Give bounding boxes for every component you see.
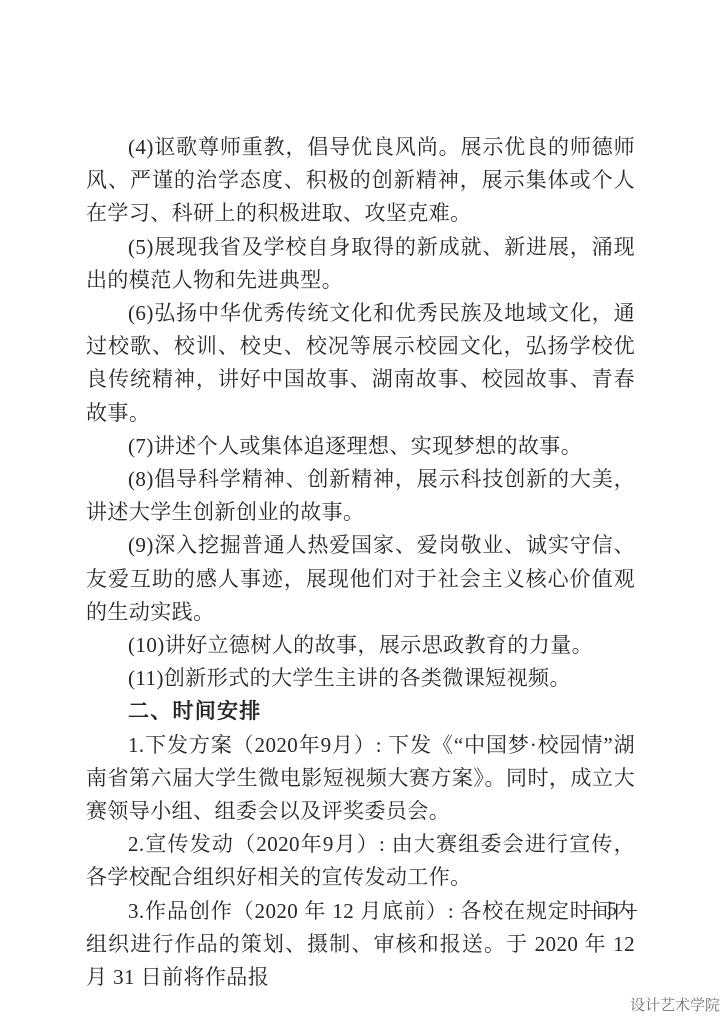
document-page: (4)讴歌尊师重教，倡导优良风尚。展示优良的师德师风、严谨的治学态度、积极的创新… [0, 0, 724, 1024]
paragraph-item-7: (7)讲述个人或集体追逐理想、实现梦想的故事。 [86, 430, 635, 463]
paragraph-item-6: (6)弘扬中华优秀传统文化和优秀民族及地域文化，通过校歌、校训、校史、校况等展示… [86, 297, 635, 430]
paragraph-item-5: (5)展现我省及学校自身取得的新成就、新进展，涌现出的模范人物和先进典型。 [86, 231, 635, 297]
section-heading-time-arrangement: 二、时间安排 [86, 695, 635, 728]
paragraph-item-9: (9)深入挖掘普通人热爱国家、爱岗敬业、诚实守信、友爱互助的感人事迹，展现他们对… [86, 529, 635, 629]
paragraph-item-10: (10)讲好立德树人的故事，展示思政教育的力量。 [86, 629, 635, 662]
watermark-label: 设计艺术学院 [630, 994, 720, 1015]
paragraph-step-1-release-plan: 1.下发方案（2020年9月）: 下发《“中国梦·校园情”湖南省第六届大学生微电… [86, 729, 635, 829]
paragraph-item-4: (4)讴歌尊师重教，倡导优良风尚。展示优良的师德师风、严谨的治学态度、积极的创新… [86, 131, 635, 231]
paragraph-step-2-publicity: 2.宣传发动（2020年9月）: 由大赛组委会进行宣传，各学校配合组织好相关的宣… [86, 828, 635, 894]
document-body: (4)讴歌尊师重教，倡导优良风尚。展示优良的师德师风、严谨的治学态度、积极的创新… [86, 131, 635, 994]
page-number: – 5 – [587, 899, 640, 921]
paragraph-item-8: (8)倡导科学精神、创新精神，展示科技创新的大美，讲述大学生创新创业的故事。 [86, 463, 635, 529]
paragraph-step-3-work-creation: 3.作品创作（2020 年 12 月底前）: 各校在规定时间内组织进行作品的策划… [86, 895, 635, 995]
paragraph-item-11: (11)创新形式的大学生主讲的各类微课短视频。 [86, 662, 635, 695]
